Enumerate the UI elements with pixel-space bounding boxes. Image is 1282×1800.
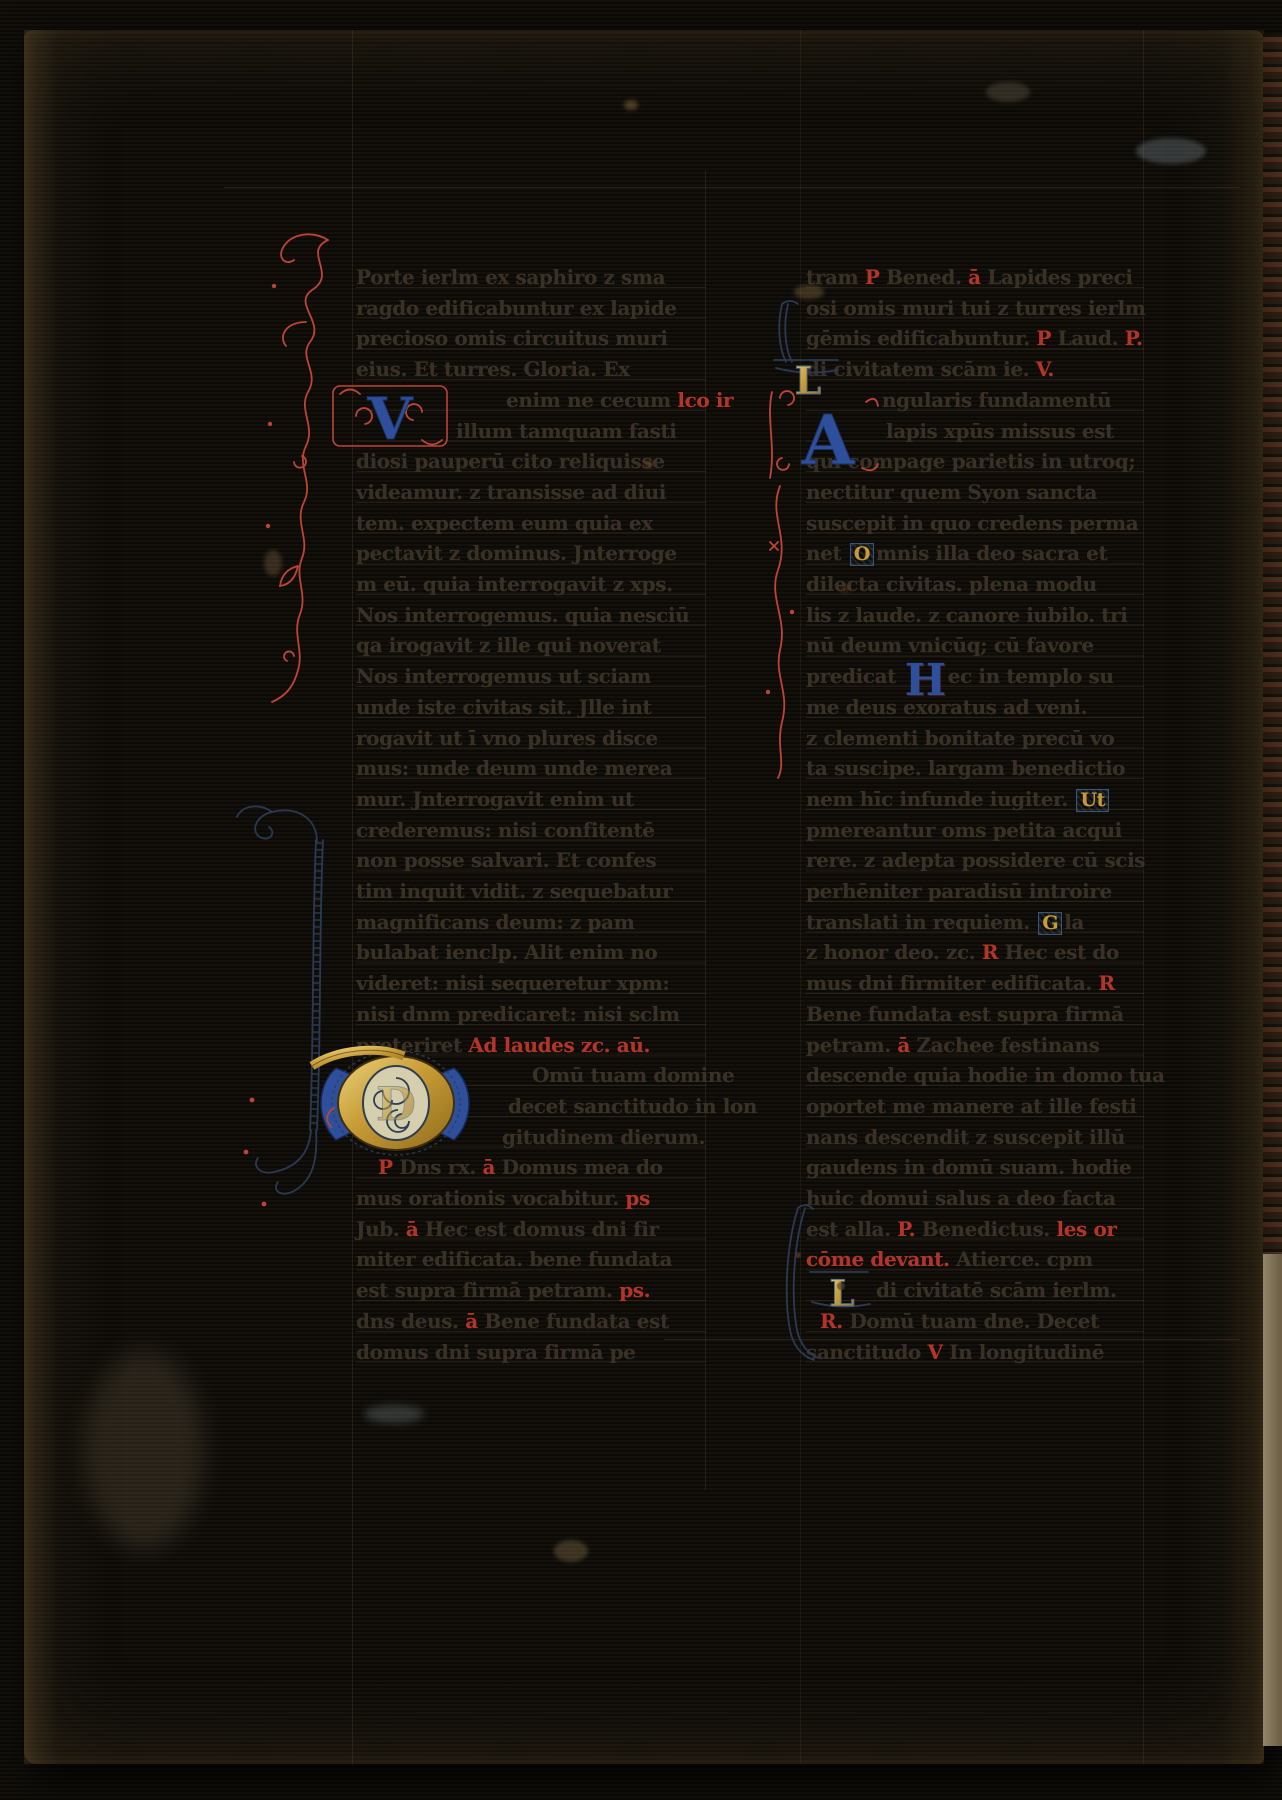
text-line: illum tamquam fasti bbox=[456, 416, 677, 447]
body-text: miter edificata. bene fundata bbox=[356, 1247, 672, 1271]
text-line: petram. ā Zachee festinans bbox=[806, 1030, 1099, 1061]
body-text: Bene fundata est bbox=[484, 1309, 668, 1333]
body-text: z honor deo. zc. bbox=[806, 940, 982, 964]
text-line: Nos interrogemus ut sciam bbox=[356, 661, 651, 692]
text-line: lapis xpūs missus est bbox=[886, 416, 1114, 447]
text-line: magnificans deum: z pam bbox=[356, 907, 634, 938]
body-text: tim inquit vidit. z sequebatur bbox=[356, 879, 672, 903]
rubric-text: ā bbox=[406, 1217, 425, 1241]
body-text: la bbox=[1064, 910, 1084, 934]
rubric-text: ā bbox=[968, 265, 987, 289]
stain bbox=[264, 550, 282, 576]
body-text: ta suscipe. largam benedictio bbox=[806, 756, 1125, 780]
rubric-text: ps bbox=[625, 1186, 649, 1210]
text-line: gēmis edificabuntur. P Laud. P. bbox=[806, 323, 1143, 354]
body-text: z clementi bonitate precū vo bbox=[806, 726, 1114, 750]
body-text: m eū. quia interrogavit z xps. bbox=[356, 572, 673, 596]
text-line: nū deum vnicūq; cū favore bbox=[806, 630, 1094, 661]
text-line: descende quia hodie in domo tua bbox=[806, 1060, 1165, 1091]
photograph-background: Porte ierlm ex saphiro z smaragdo edific… bbox=[0, 0, 1282, 1800]
text-line: precioso omis circuitus muri bbox=[356, 323, 668, 354]
body-text: nans descendit z suscepit illū bbox=[806, 1125, 1125, 1149]
body-text: nū deum vnicūq; cū favore bbox=[806, 633, 1094, 657]
rubric-text: P bbox=[1036, 326, 1057, 350]
text-line: m eū. quia interrogavit z xps. bbox=[356, 569, 673, 600]
text-line: Bene fundata est supra firmā bbox=[806, 999, 1124, 1030]
text-line: nem hīc infunde iugiter. Ut bbox=[806, 784, 1111, 815]
body-text: me deus exoratus ad veni. bbox=[806, 695, 1087, 719]
rubric-text: Ad laudes zc. aū. bbox=[468, 1033, 650, 1057]
body-text: Domū tuam dne. Decet bbox=[849, 1309, 1099, 1333]
book-fore-edge bbox=[1263, 34, 1282, 1746]
body-text: rere. z adepta possidere cū scis bbox=[806, 848, 1145, 872]
body-text: Bene fundata est supra firmā bbox=[806, 1002, 1124, 1026]
text-line: translati in requiem. Gla bbox=[806, 907, 1084, 938]
body-text: tem. expectem eum quia ex bbox=[356, 511, 653, 535]
body-text: videret: nisi sequeretur xpm: bbox=[356, 971, 669, 995]
text-line: osi omis muri tui z turres ierlm bbox=[806, 293, 1146, 324]
body-text: petram. bbox=[806, 1033, 897, 1057]
body-text: gaudens in domū suam. hodie bbox=[806, 1155, 1131, 1179]
body-text: decet sanctitudo in lon bbox=[508, 1094, 757, 1118]
text-line: mur. Jnterrogavit enim ut bbox=[356, 784, 634, 815]
text-line: mus orationis vocabitur. ps bbox=[356, 1183, 650, 1214]
text-line: ngularis fundamentū bbox=[882, 385, 1111, 416]
ink-dot bbox=[840, 585, 850, 593]
text-line: tim inquit vidit. z sequebatur bbox=[356, 876, 672, 907]
body-text: ngularis fundamentū bbox=[882, 388, 1111, 412]
text-line: tram P Bened. ā Lapides preci bbox=[806, 262, 1133, 293]
rubric-text: P bbox=[865, 265, 886, 289]
body-text: rogavit ut ī vno plures disce bbox=[356, 726, 658, 750]
text-line: mus: unde deum unde merea bbox=[356, 753, 672, 784]
rubric-text: ā bbox=[483, 1155, 502, 1179]
text-line: enim ne cecum lco ir bbox=[506, 385, 733, 416]
rubric-text: P. bbox=[1125, 326, 1143, 350]
text-line: est supra firmā petram. ps. bbox=[356, 1275, 650, 1306]
page-edge-shading bbox=[24, 30, 58, 1764]
body-text: ec in templo su bbox=[948, 664, 1114, 688]
text-line: di civitatē scām ierlm. bbox=[876, 1275, 1117, 1306]
ink-dot bbox=[644, 460, 654, 468]
inline-initial: O bbox=[850, 543, 874, 566]
body-text: enim ne cecum bbox=[506, 388, 677, 412]
ink-dot bbox=[795, 1252, 801, 1258]
text-line: videret: nisi sequeretur xpm: bbox=[356, 968, 669, 999]
body-text: Zachee festinans bbox=[916, 1033, 1099, 1057]
text-line: ragdo edificabuntur ex lapide bbox=[356, 293, 677, 324]
body-text: est supra firmā petram. bbox=[356, 1278, 619, 1302]
stain bbox=[794, 285, 824, 299]
body-text: osi omis muri tui z turres ierlm bbox=[806, 296, 1146, 320]
text-line: videamur. z transisse ad diui bbox=[356, 477, 666, 508]
text-line: gaudens in domū suam. hodie bbox=[806, 1152, 1131, 1183]
body-text: nem hīc infunde iugiter. bbox=[806, 787, 1074, 811]
body-text: mnis illa deo sacra et bbox=[876, 541, 1107, 565]
text-line: qa irogavit z ille qui noverat bbox=[356, 630, 661, 661]
text-line: dilecta civitas. plena modu bbox=[806, 569, 1097, 600]
text-line: net Omnis illa deo sacra et bbox=[806, 538, 1107, 569]
stain bbox=[84, 1350, 204, 1550]
ruling-line-horizontal bbox=[224, 187, 1240, 188]
ink-dot bbox=[837, 1282, 845, 1290]
body-text: translati in requiem. bbox=[806, 910, 1036, 934]
rubric-text: ā bbox=[897, 1033, 916, 1057]
body-text: di civitatē scām ierlm. bbox=[876, 1278, 1117, 1302]
body-text: Nos interrogemus. quia nesciū bbox=[356, 603, 689, 627]
rubric-text: R bbox=[982, 940, 1005, 964]
body-text: Lapides preci bbox=[987, 265, 1132, 289]
stain bbox=[364, 1405, 424, 1423]
text-line: ta suscipe. largam benedictio bbox=[806, 753, 1125, 784]
text-line: Nos interrogemus. quia nesciū bbox=[356, 600, 689, 631]
text-line: rogavit ut ī vno plures disce bbox=[356, 723, 658, 754]
text-line: oportet me manere at ille festi bbox=[806, 1091, 1137, 1122]
rubric-text: P. bbox=[897, 1217, 921, 1241]
rubric-text: ps. bbox=[619, 1278, 650, 1302]
gold-initial-L-top: L bbox=[762, 298, 854, 400]
red-penwork-descender bbox=[750, 482, 810, 782]
body-text: lis z laude. z canore iubilo. tri bbox=[806, 603, 1127, 627]
body-text: dilecta civitas. plena modu bbox=[806, 572, 1097, 596]
text-line: bulabat ienclp. Alit enim no bbox=[356, 937, 657, 968]
illuminated-initial-A: A bbox=[762, 388, 880, 482]
illuminated-initial-V: V bbox=[330, 382, 452, 450]
text-line: pectavit z dominus. Jnterroge bbox=[356, 538, 677, 569]
body-text: Porte ierlm ex saphiro z sma bbox=[356, 265, 665, 289]
body-text: qa irogavit z ille qui noverat bbox=[356, 633, 661, 657]
text-line: crederemus: nisi confitentē bbox=[356, 815, 655, 846]
body-text: dns deus. bbox=[356, 1309, 465, 1333]
stain bbox=[554, 1540, 588, 1562]
body-text: descende quia hodie in domo tua bbox=[806, 1063, 1165, 1087]
body-text: Jub. bbox=[356, 1217, 406, 1241]
body-text: Omū tuam domine bbox=[532, 1063, 734, 1087]
body-text: non posse salvari. Et confes bbox=[356, 848, 656, 872]
stain bbox=[986, 82, 1030, 102]
body-text: mus orationis vocabitur. bbox=[356, 1186, 625, 1210]
rubric-text: P bbox=[378, 1155, 399, 1179]
text-line: z clementi bonitate precū vo bbox=[806, 723, 1114, 754]
text-line: dns deus. ā Bene fundata est bbox=[356, 1306, 669, 1337]
illuminated-initial-D: D bbox=[306, 1046, 482, 1158]
body-text: suscepit in quo credens perma bbox=[806, 511, 1138, 535]
body-text: mus dni firmiter edificata. bbox=[806, 971, 1099, 995]
page-stack-edge bbox=[1263, 1254, 1282, 1746]
body-text: precioso omis circuitus muri bbox=[356, 326, 668, 350]
body-text: mur. Jnterrogavit enim ut bbox=[356, 787, 634, 811]
text-line: perhēniter paradisū introire bbox=[806, 876, 1112, 907]
text-line: suscepit in quo credens perma bbox=[806, 508, 1138, 539]
text-line: unde iste civitas sit. Jlle int bbox=[356, 692, 651, 723]
body-text: nectitur quem Syon sancta bbox=[806, 480, 1097, 504]
text-line: nisi dnm predicaret: nisi sclm bbox=[356, 999, 680, 1030]
gold-initial-L-bottom: L bbox=[776, 1202, 886, 1364]
text-line: nans descendit z suscepit illū bbox=[806, 1122, 1125, 1153]
rubric-text: V bbox=[927, 1340, 949, 1364]
body-text: pmereantur oms petita acqui bbox=[806, 818, 1122, 842]
body-text: Laud. bbox=[1058, 326, 1125, 350]
body-text: Benedictus. bbox=[922, 1217, 1057, 1241]
body-text: magnificans deum: z pam bbox=[356, 910, 634, 934]
svg-text:L: L bbox=[829, 1273, 854, 1315]
page-edge-shading bbox=[1222, 30, 1264, 1764]
ruling-line-vertical bbox=[352, 30, 353, 1764]
text-line: z honor deo. zc. R Hec est do bbox=[806, 937, 1119, 968]
body-text: domus dni supra firmā pe bbox=[356, 1340, 636, 1364]
body-text: eius. Et turres. Gloria. Ex bbox=[356, 357, 630, 381]
manuscript-page: Porte ierlm ex saphiro z smaragdo edific… bbox=[24, 30, 1264, 1764]
body-text: In longitudinē bbox=[949, 1340, 1104, 1364]
rubric-text: lco ir bbox=[677, 388, 733, 412]
text-line: gitudinem dierum. bbox=[502, 1122, 705, 1153]
body-text: Atierce. cpm bbox=[956, 1247, 1093, 1271]
body-text: Hec est domus dni fir bbox=[425, 1217, 659, 1241]
body-text: nisi dnm predicaret: nisi sclm bbox=[356, 1002, 680, 1026]
text-line: Jub. ā Hec est domus dni fir bbox=[356, 1214, 659, 1245]
text-line: domus dni supra firmā pe bbox=[356, 1337, 636, 1368]
text-line: rere. z adepta possidere cū scis bbox=[806, 845, 1145, 876]
body-text: gitudinem dierum. bbox=[502, 1125, 705, 1149]
text-line: Omū tuam domine bbox=[532, 1060, 734, 1091]
rubric-text: les or bbox=[1057, 1217, 1117, 1241]
text-line: non posse salvari. Et confes bbox=[356, 845, 656, 876]
text-line: miter edificata. bene fundata bbox=[356, 1244, 672, 1275]
svg-text:A: A bbox=[801, 401, 856, 481]
body-text: Hec est do bbox=[1005, 940, 1119, 964]
text-line: eius. Et turres. Gloria. Ex bbox=[356, 354, 630, 385]
text-line: Porte ierlm ex saphiro z sma bbox=[356, 262, 665, 293]
body-text: mus: unde deum unde merea bbox=[356, 756, 672, 780]
body-text: videamur. z transisse ad diui bbox=[356, 480, 666, 504]
rubric-text: R bbox=[1099, 971, 1115, 995]
rubric-text: V. bbox=[1036, 357, 1054, 381]
svg-text:V: V bbox=[366, 385, 413, 453]
inline-initial: Ut bbox=[1076, 789, 1109, 812]
body-text: Dns rx. bbox=[399, 1155, 482, 1179]
body-text: oportet me manere at ille festi bbox=[806, 1094, 1137, 1118]
body-text: perhēniter paradisū introire bbox=[806, 879, 1112, 903]
stain bbox=[1136, 138, 1206, 164]
text-line: predicat Hec in templo su bbox=[806, 661, 1114, 692]
text-line: lis z laude. z canore iubilo. tri bbox=[806, 600, 1127, 631]
body-text: illum tamquam fasti bbox=[456, 419, 677, 443]
body-text: pectavit z dominus. Jnterroge bbox=[356, 541, 677, 565]
body-text: lapis xpūs missus est bbox=[886, 419, 1114, 443]
red-penwork-flourish bbox=[240, 226, 350, 716]
body-text: predicat bbox=[806, 664, 903, 688]
body-text: ragdo edificabuntur ex lapide bbox=[356, 296, 677, 320]
body-text: bulabat ienclp. Alit enim no bbox=[356, 940, 657, 964]
text-line: pmereantur oms petita acqui bbox=[806, 815, 1122, 846]
text-line: decet sanctitudo in lon bbox=[508, 1091, 757, 1122]
body-text: crederemus: nisi confitentē bbox=[356, 818, 655, 842]
body-text: Nos interrogemus ut sciam bbox=[356, 664, 651, 688]
inline-initial: G bbox=[1038, 912, 1062, 935]
stain bbox=[624, 100, 638, 110]
text-line: tem. expectem eum quia ex bbox=[356, 508, 653, 539]
body-text: net bbox=[806, 541, 848, 565]
body-text: Domus mea do bbox=[502, 1155, 663, 1179]
body-text: unde iste civitas sit. Jlle int bbox=[356, 695, 651, 719]
text-line: mus dni firmiter edificata. R bbox=[806, 968, 1115, 999]
rubric-text: ā bbox=[465, 1309, 484, 1333]
svg-text:D: D bbox=[376, 1077, 416, 1131]
text-line: me deus exoratus ad veni. bbox=[806, 692, 1087, 723]
body-text: Bened. bbox=[886, 265, 968, 289]
next-page-edge bbox=[1263, 34, 1282, 1254]
